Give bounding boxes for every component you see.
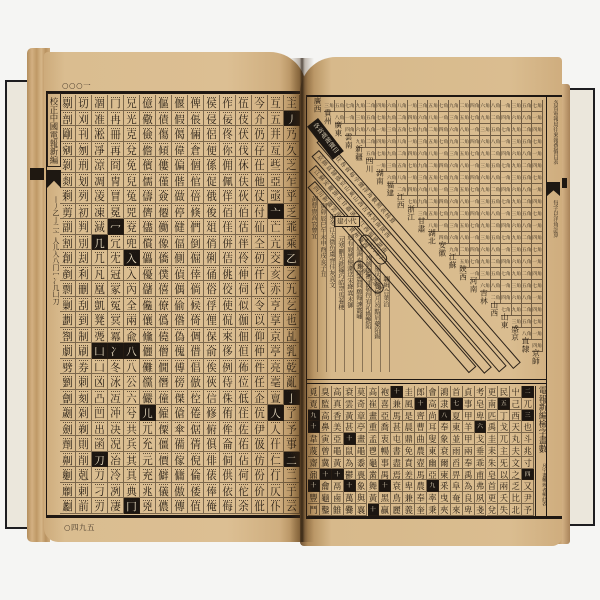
rate-unit: 角 [537, 162, 542, 169]
index-character: 免 [403, 445, 415, 457]
rate-unit: 角 [444, 198, 449, 205]
character-cell: 依 [220, 483, 236, 499]
rate-unit: 角 [496, 210, 501, 217]
rate-unit: 角 [506, 126, 511, 133]
character-cell: 住 [236, 405, 252, 421]
character-cell: 充 [140, 467, 156, 483]
character-cell: 來 [220, 328, 236, 344]
character-cell: 僞 [156, 312, 172, 328]
rate-cell: 四角 [408, 184, 418, 196]
rate-cell: 七角 [532, 316, 542, 328]
character-cell: 佣 [220, 157, 236, 173]
character-cell: 冲 [108, 405, 124, 421]
rate-unit: 角 [527, 222, 532, 229]
rate-cell: 五角 [522, 208, 532, 220]
province-label: 雲南 [342, 132, 352, 150]
character-cell: 傲 [172, 483, 188, 499]
character-cell: 剋 [76, 467, 92, 483]
rate-unit: 角 [537, 258, 542, 265]
rate-unit: 角 [485, 186, 490, 193]
character-cell: 僖 [156, 281, 172, 297]
character-cell: 兔 [124, 188, 140, 204]
rate-cell: 四角 [408, 148, 418, 160]
character-cell: 削 [76, 452, 92, 468]
character-cell: 八 [124, 359, 140, 375]
index-character: 皂 [475, 398, 487, 410]
rate-cell: 七角 [532, 208, 542, 220]
index-character: 冀 [320, 457, 332, 469]
rate-unit: 角 [527, 294, 532, 301]
character-cell: 僩 [156, 359, 172, 375]
radical-index: 丨丿乙亅二亠人儿入八冂冖冫几凵刀 [48, 196, 60, 314]
index-character: 又 [522, 480, 534, 492]
character-cell: 創 [60, 250, 76, 266]
character-cell: 凴 [92, 328, 108, 344]
rate-unit: 角 [464, 210, 469, 217]
rate-cell: 二角 [397, 148, 407, 160]
character-cell: 僅 [156, 173, 172, 189]
character-cell: 出 [92, 421, 108, 437]
rate-unit: 角 [506, 222, 511, 229]
rate-cell: 六角 [449, 124, 459, 136]
rate-cell: 二角 [428, 160, 438, 172]
index-character: 曾 [320, 445, 332, 457]
rate-cell: 九角 [512, 268, 522, 280]
index-character: 首 [487, 480, 499, 492]
character-cell: 剜 [60, 142, 76, 158]
character-cell: 井 [268, 126, 284, 142]
character-cell: 例 [220, 359, 236, 375]
character-cell: 冽 [108, 483, 124, 499]
character-cell: 傖 [172, 405, 188, 421]
rate-unit: 角 [433, 162, 438, 169]
character-cell: 倨 [188, 421, 204, 437]
character-cell: 制 [76, 328, 92, 344]
rate-cell: 七角 [470, 256, 480, 268]
rate-unit: 角 [402, 126, 407, 133]
character-cell: 倔 [188, 250, 204, 266]
index-character: 喪 [356, 469, 368, 481]
index-character: 乖 [475, 457, 487, 469]
radical-header-cell: 凵 [92, 343, 108, 359]
rate-cell: 八角 [522, 112, 532, 124]
rate-cell: 九角 [418, 196, 428, 208]
rate-unit: 角 [475, 234, 480, 241]
rate-cell: 五角 [522, 244, 532, 256]
rate-cell: 七角 [470, 184, 480, 196]
rate-cell: 七角 [532, 100, 542, 112]
index-character: 東 [427, 445, 439, 457]
character-cell: 佈 [236, 359, 252, 375]
rate-unit: 角 [423, 198, 428, 205]
rate-cell: 一角 [532, 328, 542, 340]
character-cell: 伎 [236, 111, 252, 127]
character-cell: 享 [268, 312, 284, 328]
rate-cell: 四角 [470, 208, 480, 220]
rate-unit: 角 [485, 246, 490, 253]
stroke-count-header: 十六 [344, 480, 356, 492]
character-cell: 偽 [172, 328, 188, 344]
rate-unit: 角 [475, 222, 480, 229]
character-cell: 凶 [92, 374, 108, 390]
character-cell: 則 [76, 436, 92, 452]
character-cell: 凈 [92, 142, 108, 158]
rate-cell: 七角 [408, 124, 418, 136]
character-cell: 何 [236, 467, 252, 483]
character-cell: 冗 [108, 235, 124, 251]
index-character: 書 [391, 445, 403, 457]
character-cell: 兗 [124, 219, 140, 235]
character-cell: 俗 [204, 281, 220, 297]
character-cell: 僥 [156, 328, 172, 344]
character-cell: 傘 [172, 421, 188, 437]
character-cell: 佞 [220, 111, 236, 127]
character-cell: 冷 [108, 467, 124, 483]
rate-unit: 角 [402, 162, 407, 169]
character-cell: 伽 [236, 312, 252, 328]
character-cell: 冠 [108, 266, 124, 282]
character-cell: 僻 [156, 467, 172, 483]
rate-unit: 角 [506, 174, 511, 181]
character-cell: 候 [188, 297, 204, 313]
character-cell: 克 [124, 126, 140, 142]
index-character: 焉 [391, 469, 403, 481]
rate-cell: 一角 [532, 112, 542, 124]
index-character: 鴻 [439, 386, 451, 398]
index-character: 南 [487, 398, 499, 410]
character-cell: 傑 [172, 390, 188, 406]
character-cell: 佶 [220, 250, 236, 266]
character-cell: 佻 [220, 266, 236, 282]
character-cell: 人 [268, 421, 284, 437]
index-character: 鹵 [332, 492, 344, 504]
rate-cell: 八角 [366, 124, 376, 136]
character-cell: 副 [60, 219, 76, 235]
character-cell: 侯 [204, 95, 220, 111]
rate-unit: 角 [496, 126, 501, 133]
province-label: 陝西 [457, 264, 467, 282]
character-cell: 令 [252, 297, 268, 313]
index-character: 黍 [356, 457, 368, 469]
index-character: 甚 [391, 421, 403, 433]
rate-unit: 角 [516, 114, 521, 121]
legend-box-label: 建小代 [334, 216, 360, 227]
character-cell: 刑 [76, 157, 92, 173]
index-character: 農 [415, 445, 427, 457]
character-cell: 企 [252, 390, 268, 406]
rate-unit: 角 [527, 138, 532, 145]
rate-unit: 角 [454, 174, 459, 181]
index-character: 馬 [391, 410, 403, 422]
index-character: 象 [356, 480, 368, 492]
character-cell: 允 [140, 436, 156, 452]
index-character: 鼻 [320, 421, 332, 433]
rate-cell: 一角 [501, 136, 511, 148]
province-label: 四川 [363, 156, 373, 174]
character-cell: 傢 [172, 452, 188, 468]
rate-unit: 角 [496, 174, 501, 181]
rate-unit: 角 [371, 114, 376, 121]
rate-cell: 八角 [460, 232, 470, 244]
character-cell: 別 [76, 235, 92, 251]
character-cell: 凄 [108, 498, 124, 514]
character-cell: 偪 [172, 235, 188, 251]
index-character: 北 [510, 504, 522, 516]
province-label: 京師 [529, 348, 539, 366]
index-character: 鼎 [403, 433, 415, 445]
index-character: 雨 [451, 445, 463, 457]
index-character: 崔 [368, 398, 380, 410]
character-cell: 倭 [188, 483, 204, 499]
character-cell: 俱 [204, 436, 220, 452]
rate-cell: 八角 [428, 112, 438, 124]
character-cell: 亮 [268, 359, 284, 375]
rate-unit: 角 [485, 210, 490, 217]
index-character: 垂 [475, 445, 487, 457]
rate-cell: 五角 [460, 112, 470, 124]
rate-cell: 一角 [501, 208, 511, 220]
rate-unit: 角 [506, 162, 511, 169]
rate-unit: 角 [475, 198, 480, 205]
character-cell: 侗 [220, 452, 236, 468]
stroke-count-header: 十四 [320, 469, 332, 481]
index-character: 丁 [498, 410, 510, 422]
rate-unit: 角 [537, 294, 542, 301]
character-cell: 侮 [220, 498, 236, 514]
rate-unit: 角 [485, 114, 490, 121]
stroke-count-header: 八 [439, 410, 451, 422]
index-character: 鼠 [344, 445, 356, 457]
rate-unit: 角 [475, 150, 480, 157]
rate-cell: 八角 [491, 136, 501, 148]
character-cell: 儲 [140, 281, 156, 297]
rate-cell: 一角 [532, 256, 542, 268]
index-character: 比 [510, 492, 522, 504]
separator-rule [306, 379, 547, 380]
character-cell: 傴 [156, 95, 172, 111]
character-cell: 倡 [188, 359, 204, 375]
rate-cell: 六角 [480, 208, 490, 220]
character-cell: 凸 [92, 390, 108, 406]
character-cell: 僮 [156, 390, 172, 406]
character-cell: 倫 [188, 467, 204, 483]
rate-cell: 八角 [428, 184, 438, 196]
character-cell: 傾 [156, 142, 172, 158]
rate-cell: 四角 [501, 184, 511, 196]
index-character: 襄 [356, 504, 368, 516]
index-character: 弗 [475, 480, 487, 492]
index-character: 亞 [427, 469, 439, 481]
character-cell: 俟 [204, 359, 220, 375]
rate-cell: 九角 [449, 136, 459, 148]
index-character: 爨 [344, 504, 356, 516]
character-cell: 刎 [76, 142, 92, 158]
index-character: 甲 [463, 410, 475, 422]
rate-unit: 角 [506, 246, 511, 253]
rate-cell: 六角 [512, 112, 522, 124]
character-cell: 价 [252, 483, 268, 499]
character-cell: 倣 [188, 374, 204, 390]
rate-cell: 五角 [491, 160, 501, 172]
rate-cell: 六角 [418, 112, 428, 124]
character-cell: 使 [220, 297, 236, 313]
character-cell: 剃 [76, 421, 92, 437]
character-cell: 冂 [108, 95, 124, 111]
code-list-column: 遇霽泰卦隊震問願翰諫霰嘯 [354, 245, 363, 372]
rate-unit: 角 [444, 150, 449, 157]
index-character: 朱 [487, 457, 499, 469]
rate-unit: 角 [485, 270, 490, 277]
character-cell: 佩 [220, 173, 236, 189]
index-character: 監 [320, 398, 332, 410]
character-cell: 僚 [156, 297, 172, 313]
right-frame-bottom-rule [306, 516, 562, 519]
rate-unit: 角 [516, 234, 521, 241]
rate-cell: 六角 [449, 160, 459, 172]
rate-unit: 角 [496, 222, 501, 229]
rate-unit: 角 [485, 102, 490, 109]
index-character: 孟 [368, 433, 380, 445]
index-character: 旡 [498, 457, 510, 469]
character-cell: 儉 [140, 126, 156, 142]
rate-cell: 一角 [501, 172, 511, 184]
character-cell: 侏 [220, 390, 236, 406]
rate-cell: 一角 [501, 280, 511, 292]
character-cell: 倒 [188, 235, 204, 251]
rate-unit: 角 [412, 162, 417, 169]
rate-cell: 三角 [387, 160, 397, 172]
rate-unit: 角 [464, 198, 469, 205]
index-character: 晨 [403, 421, 415, 433]
rate-cell: 二角 [522, 160, 532, 172]
rate-unit: 角 [412, 174, 417, 181]
character-cell: 凰 [92, 281, 108, 297]
rate-cell: 七角 [470, 112, 480, 124]
index-character: 象 [439, 433, 451, 445]
character-cell: 僊 [156, 204, 172, 220]
rate-cell: 八角 [491, 172, 501, 184]
character-cell: 仍 [252, 126, 268, 142]
character-cell: 亨 [268, 297, 284, 313]
index-character: 寅 [320, 433, 332, 445]
index-character: 暢 [379, 445, 391, 457]
character-cell: 偵 [172, 266, 188, 282]
rate-unit: 角 [464, 222, 469, 229]
rate-cell: 八角 [460, 160, 470, 172]
rate-unit: 角 [454, 138, 459, 145]
character-cell: 兀 [140, 421, 156, 437]
character-cell: 剷 [60, 266, 76, 282]
index-character: 為 [463, 480, 475, 492]
index-character: 袍 [379, 386, 391, 398]
rate-cell: 九角 [512, 196, 522, 208]
rate-unit: 角 [360, 102, 365, 109]
character-cell: 傳 [172, 498, 188, 514]
rate-unit: 角 [360, 126, 365, 133]
character-cell: 兜 [124, 235, 140, 251]
character-cell: 僵 [156, 436, 172, 452]
character-cell: 冒 [108, 188, 124, 204]
character-cell: 仞 [252, 250, 268, 266]
rate-unit: 角 [506, 102, 511, 109]
index-character: 主 [498, 445, 510, 457]
rate-unit: 角 [485, 198, 490, 205]
character-cell: 伯 [236, 204, 252, 220]
index-character: 黽 [356, 445, 368, 457]
rate-unit: 角 [496, 186, 501, 193]
character-cell: 俺 [204, 498, 220, 514]
rate-unit: 角 [392, 150, 397, 157]
character-cell: 介 [252, 111, 268, 127]
character-cell: 估 [236, 219, 252, 235]
character-cell: 低 [236, 390, 252, 406]
rate-cell: 七角 [532, 244, 542, 256]
index-character: 畫 [356, 433, 368, 445]
index-character: 事 [463, 398, 475, 410]
rate-unit: 角 [527, 162, 532, 169]
rate-cell: 八角 [491, 208, 501, 220]
character-cell: 佼 [220, 281, 236, 297]
character-cell: 伍 [236, 95, 252, 111]
rate-cell: 四角 [408, 112, 418, 124]
stroke-count-header: 十二 [344, 433, 356, 445]
rate-unit: 角 [433, 138, 438, 145]
rate-cell: 九角 [480, 256, 490, 268]
rate-cell: 六角 [418, 184, 428, 196]
character-cell: 伊 [252, 421, 268, 437]
character-cell: 但 [236, 343, 252, 359]
rate-cell: 八角 [491, 244, 501, 256]
rate-cell: 四角 [439, 124, 449, 136]
rate-unit: 角 [516, 174, 521, 181]
character-cell: 劇 [60, 343, 76, 359]
character-cell: 像 [156, 235, 172, 251]
rate-unit: 角 [527, 246, 532, 253]
rate-cell: 一角 [439, 184, 449, 196]
rate-unit: 角 [506, 282, 511, 289]
index-character: 良 [463, 492, 475, 504]
character-cell: 列 [76, 188, 92, 204]
character-cell: 仙 [252, 219, 268, 235]
rate-cell: 九角 [387, 112, 397, 124]
rate-cell: 六角 [512, 256, 522, 268]
index-character: 衰 [439, 445, 451, 457]
character-cell: 剔 [60, 95, 76, 111]
index-character: 來 [451, 504, 463, 516]
index-character: 萬 [344, 492, 356, 504]
index-character: 高 [368, 386, 380, 398]
rate-unit: 角 [412, 126, 417, 133]
index-character: 乏 [510, 480, 522, 492]
index-character: 鬯 [368, 445, 380, 457]
character-cell: 倘 [188, 281, 204, 297]
province-label: 福建 [384, 180, 394, 198]
rate-cell: 四角 [470, 136, 480, 148]
radical-header-cell: 冂 [124, 498, 140, 514]
rate-cell: 五角 [522, 316, 532, 328]
index-character: 風 [403, 398, 415, 410]
character-cell: 剖 [60, 111, 76, 127]
index-character: 衰 [344, 386, 356, 398]
character-cell: 內 [124, 281, 140, 297]
stroke-count-header: 十 [415, 398, 427, 410]
index-character: 天 [510, 421, 522, 433]
index-character: 卑 [475, 410, 487, 422]
rate-cell: 四角 [532, 160, 542, 172]
rate-unit: 角 [423, 126, 428, 133]
index-character: 雲 [344, 398, 356, 410]
rate-cell: 四角 [470, 100, 480, 112]
